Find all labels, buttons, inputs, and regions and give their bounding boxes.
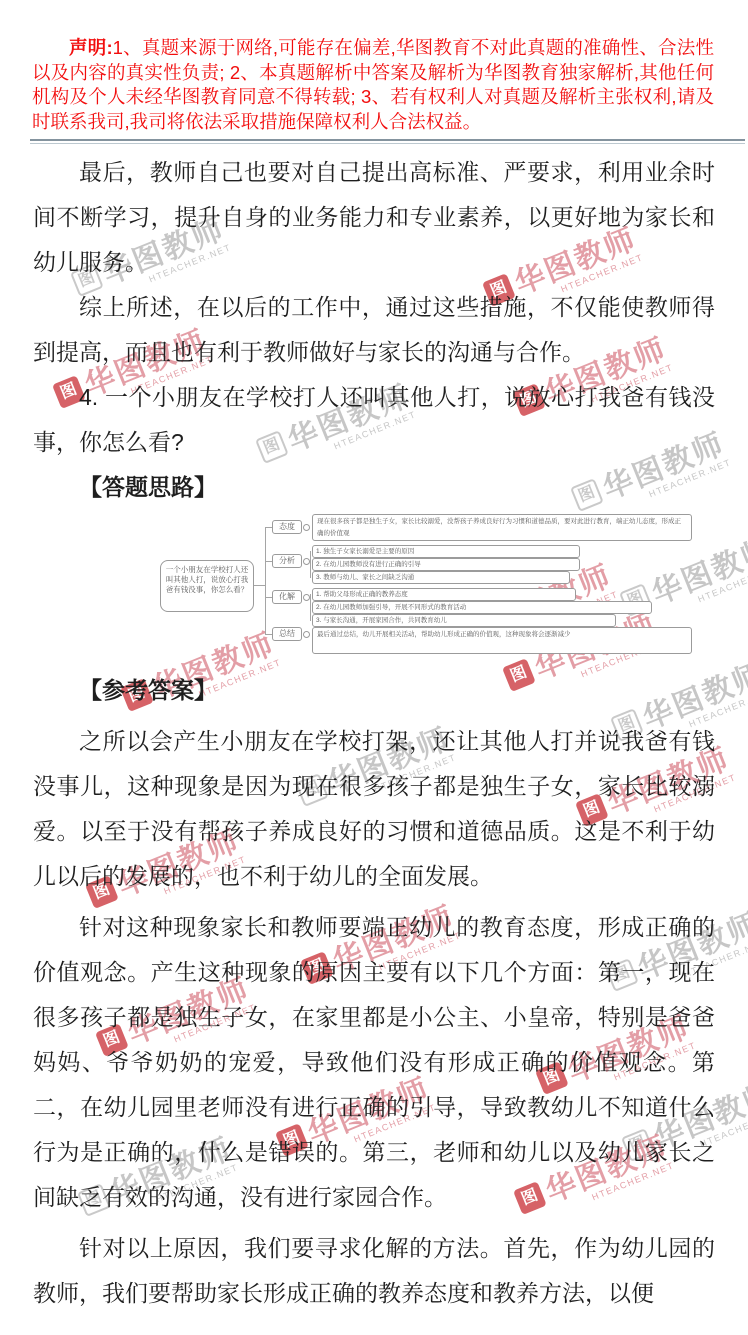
section-divider: [30, 139, 745, 144]
mindmap-node-dot: [303, 594, 310, 601]
mindmap-node-dot: [303, 558, 310, 565]
answer-paragraph: 针对这种现象家长和教师要端正幼儿的教育态度，形成正确的价值观念。产生这种现象的原…: [33, 905, 715, 1220]
mindmap-connector: [265, 597, 272, 598]
mindmap-leaf: 3. 与家长沟通，开展家园合作，共同教育幼儿: [312, 614, 616, 627]
page-content: 声明:1、真题来源于网络,可能存在偏差,华图教育不对此真题的准确性、合法性以及内…: [0, 36, 748, 1316]
mindmap-connector: [265, 527, 272, 528]
mindmap-leaf: 1. 帮助父母形成正确的教养态度: [312, 588, 576, 601]
body-text: 最后，教师自己也要对自己提出高标准、严要求，利用业余时间不断学习，提升自身的业务…: [33, 150, 715, 510]
paragraph-conclusion-1: 最后，教师自己也要对自己提出高标准、严要求，利用业余时间不断学习，提升自身的业务…: [33, 150, 715, 285]
mindmap-fork: [310, 594, 311, 621]
disclaimer-paragraph: 声明:1、真题来源于网络,可能存在偏差,华图教育不对此真题的准确性、合法性以及内…: [32, 36, 714, 134]
mindmap-connector: [265, 634, 272, 635]
disclaimer-label: 声明:: [69, 37, 113, 58]
answer-paragraph: 之所以会产生小朋友在学校打架，还让其他人打并说我爸有钱没事儿，这种现象是因为现在…: [33, 719, 715, 899]
mindmap-spine: [265, 527, 266, 635]
reference-answer-section: 【参考答案】 之所以会产生小朋友在学校打架，还让其他人打并说我爸有钱没事儿，这种…: [33, 668, 715, 1316]
disclaimer-text: 1、真题来源于网络,可能存在偏差,华图教育不对此真题的准确性、合法性以及内容的真…: [32, 37, 714, 132]
mindmap-branch-resolve: 化解: [272, 590, 302, 604]
mindmap-leaf: 现在很多孩子都是独生子女，家长比较溺爱，没帮孩子养成良好行为习惯和道德品质，要对…: [312, 514, 692, 541]
mindmap-fork: [310, 551, 311, 578]
document-page: 图华图教师HTEACHER.NET图华图教师HTEACHER.NET图华图教师H…: [0, 0, 748, 1335]
mindmap-branch-attitude: 态度: [272, 520, 302, 534]
answer-approach-mindmap: 一个小朋友在学校打人还叫其他人打，说放心打我爸有钱没事，你怎么看？ 态度 分析 …: [152, 512, 712, 662]
mindmap-leaf: 2. 在幼儿园教师没有进行正确的引导: [312, 558, 580, 571]
paragraph-conclusion-2: 综上所述，在以后的工作中，通过这些措施，不仅能使教师得到提高，而且也有利于教师做…: [33, 285, 715, 375]
mindmap-connector: [265, 561, 272, 562]
question-paragraph: 4. 一个小朋友在学校打人还叫其他人打，说放心打我爸有钱没事，你怎么看?: [33, 375, 715, 465]
reference-answer-title: 【参考答案】: [33, 668, 715, 713]
mindmap-leaf: 最后通过总结，幼儿开展相关活动，帮助幼儿形成正确的价值观，这种现象将会逐渐减少: [312, 627, 692, 654]
mindmap-root-node: 一个小朋友在学校打人还叫其他人打，说放心打我爸有钱没事，你怎么看？: [160, 560, 254, 612]
mindmap-leaf: 1. 独生子女家长溺爱是主要的原因: [312, 545, 580, 558]
answer-approach-title: 【答题思路】: [33, 465, 715, 510]
mindmap-leaf: 3. 教师与幼儿、家长之间缺乏沟通: [312, 571, 570, 584]
mindmap-branch-analysis: 分析: [272, 554, 302, 568]
mindmap-leaf: 2. 在幼儿园教师加强引导，开展不同形式的教育活动: [312, 601, 652, 614]
mindmap-node-dot: [303, 631, 310, 638]
mindmap-node-dot: [303, 524, 310, 531]
mindmap-branch-summary: 总结: [272, 627, 302, 641]
answer-paragraph: 针对以上原因，我们要寻求化解的方法。首先，作为幼儿园的教师，我们要帮助家长形成正…: [33, 1226, 715, 1316]
